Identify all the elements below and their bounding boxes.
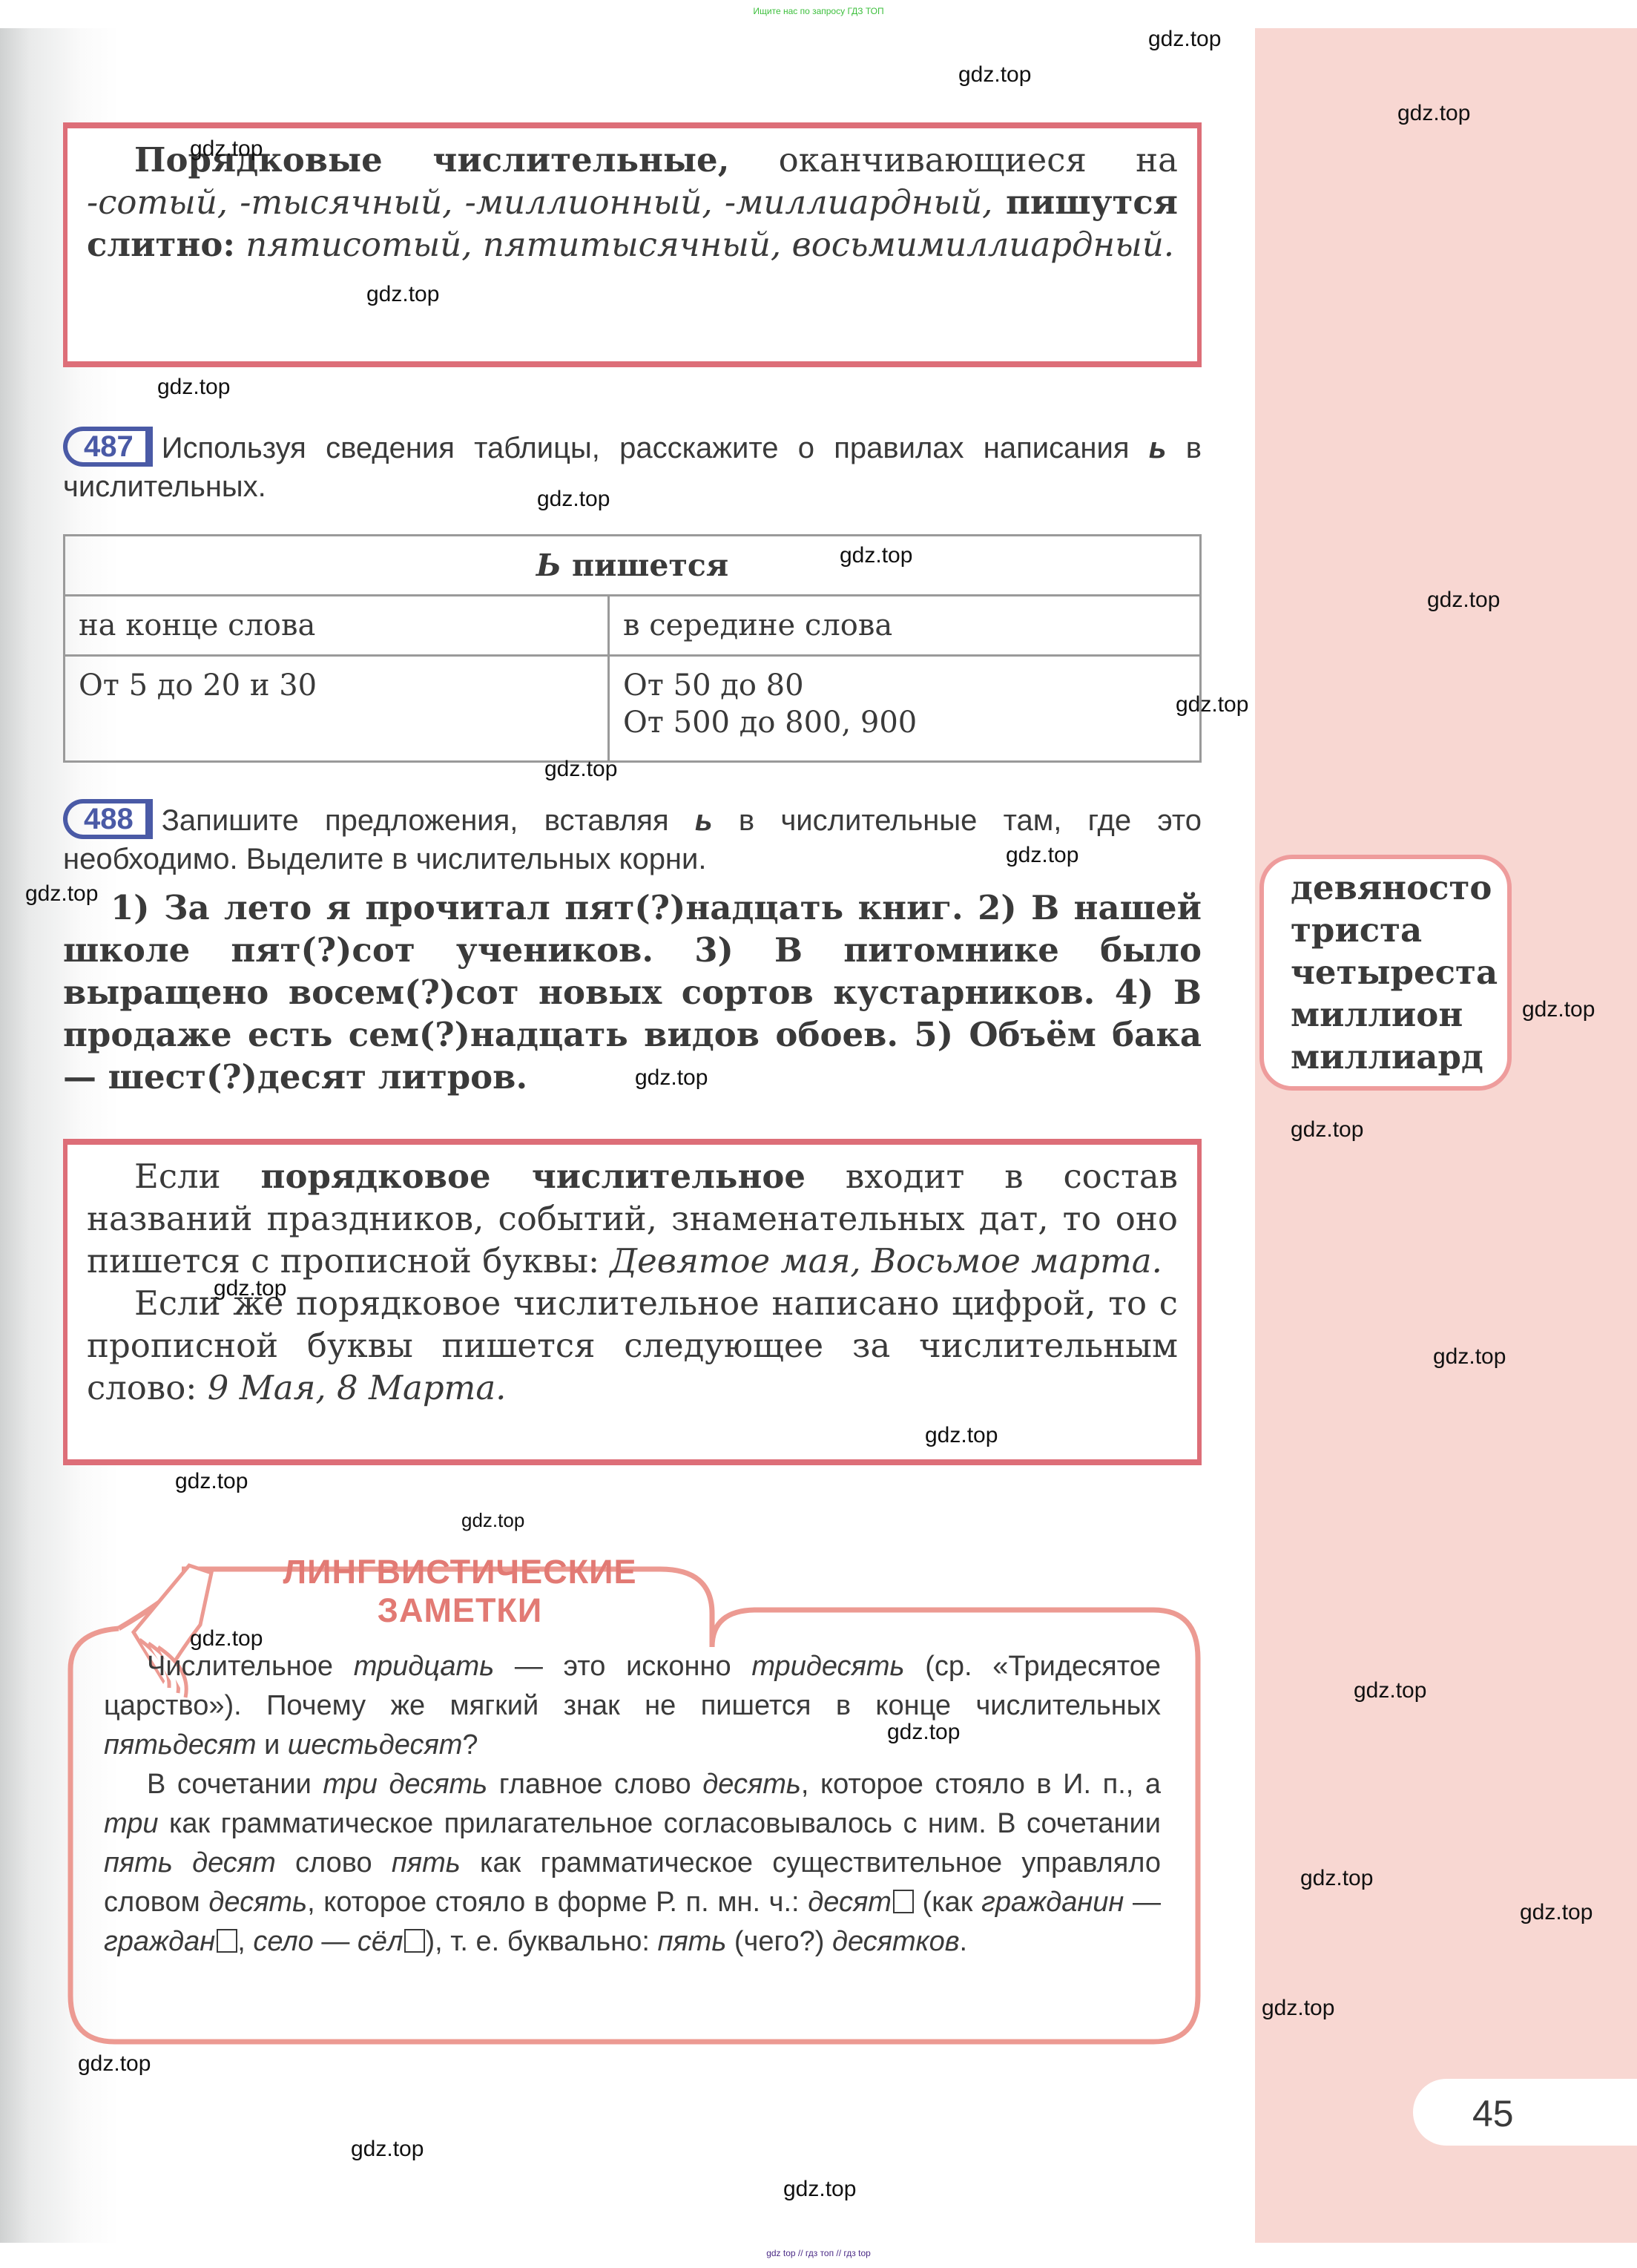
watermark: gdz.top: [958, 62, 1031, 88]
table-column-header: на конце слова: [65, 596, 609, 656]
watermark: gdz.top: [1397, 101, 1470, 126]
watermark: gdz.top: [1262, 1996, 1334, 2021]
numeral-word-box: девяносто триста четыреста миллион милли…: [1259, 855, 1512, 1091]
exercise-number-badge: 487: [63, 427, 153, 467]
watermark: gdz.top: [1354, 1678, 1426, 1703]
word-item: миллион: [1291, 993, 1507, 1036]
watermark: gdz.top: [887, 1720, 960, 1745]
watermark: gdz.top: [1522, 997, 1595, 1022]
footer-links[interactable]: gdz top // гдз топ // гдз top: [0, 2248, 1637, 2258]
page-number-tab: 45: [1413, 2079, 1637, 2146]
notes-paragraph: В сочетании три десять главное слово дес…: [104, 1765, 1161, 1962]
rule-paragraph: Если порядковое числительное входит в со…: [87, 1155, 1178, 1282]
watermark: gdz.top: [1006, 843, 1078, 868]
table-column-header: в середине слова: [609, 596, 1201, 656]
watermark: gdz.top: [1176, 692, 1248, 717]
watermark: gdz.top: [537, 487, 610, 512]
watermark: gdz.top: [351, 2137, 424, 2162]
table-cell: От 5 до 20 и 30: [65, 656, 609, 762]
exercise-number-badge: 488: [63, 799, 153, 839]
watermark: gdz.top: [78, 2051, 151, 2077]
exercise-488-sentences: 1) За лето я прочитал пят(?)надцать книг…: [63, 887, 1202, 1098]
notes-title: ЛИНГВИСТИЧЕСКИЕ ЗАМЕТКИ: [237, 1553, 682, 1630]
notes-paragraph: Числительное тридцать — это исконно трид…: [104, 1647, 1161, 1765]
watermark: gdz.top: [175, 1469, 248, 1494]
watermark: gdz.top: [635, 1065, 708, 1091]
watermark: gdz.top: [1148, 27, 1221, 52]
watermark: gdz.top: [1520, 1900, 1592, 1925]
empty-ending-box-icon: [404, 1929, 425, 1953]
table-title: Ь пишется: [65, 536, 1201, 596]
rule-box-capitalization: Если порядковое числительное входит в со…: [63, 1139, 1202, 1465]
page-number: 45: [1472, 2092, 1514, 2135]
word-item: миллиард: [1291, 1036, 1507, 1078]
watermark: gdz.top: [1427, 588, 1500, 613]
word-item: четыреста: [1291, 951, 1507, 993]
watermark: gdz.top: [214, 1276, 286, 1301]
watermark: gdz.top: [925, 1423, 998, 1448]
watermark: gdz.top: [840, 543, 912, 568]
table-cell: От 50 до 80От 500 до 800, 900: [609, 656, 1201, 762]
watermark: gdz.top: [1433, 1344, 1506, 1370]
watermark: gdz.top: [157, 375, 230, 400]
watermark: gdz.top: [461, 1509, 524, 1532]
empty-ending-box-icon: [217, 1929, 237, 1953]
word-item: триста: [1291, 909, 1507, 951]
watermark: gdz.top: [783, 2177, 856, 2202]
soft-sign-table: Ь пишется на конце слова в середине слов…: [63, 534, 1202, 763]
word-item: девяносто: [1291, 867, 1507, 909]
watermark: gdz.top: [190, 1626, 263, 1651]
watermark: gdz.top: [366, 282, 439, 307]
watermark: gdz.top: [1300, 1866, 1373, 1891]
watermark: gdz.top: [544, 757, 617, 782]
watermark: gdz.top: [25, 881, 98, 907]
exercise-487: 487Используя сведения таблицы, расскажит…: [63, 427, 1202, 506]
watermark: gdz.top: [1291, 1117, 1363, 1143]
notes-text: Числительное тридцать — это исконно трид…: [104, 1647, 1161, 1962]
empty-ending-box-icon: [893, 1890, 914, 1913]
top-banner[interactable]: Ищите нас по запросу ГДЗ ТОП: [0, 0, 1637, 22]
watermark: gdz.top: [190, 137, 263, 162]
